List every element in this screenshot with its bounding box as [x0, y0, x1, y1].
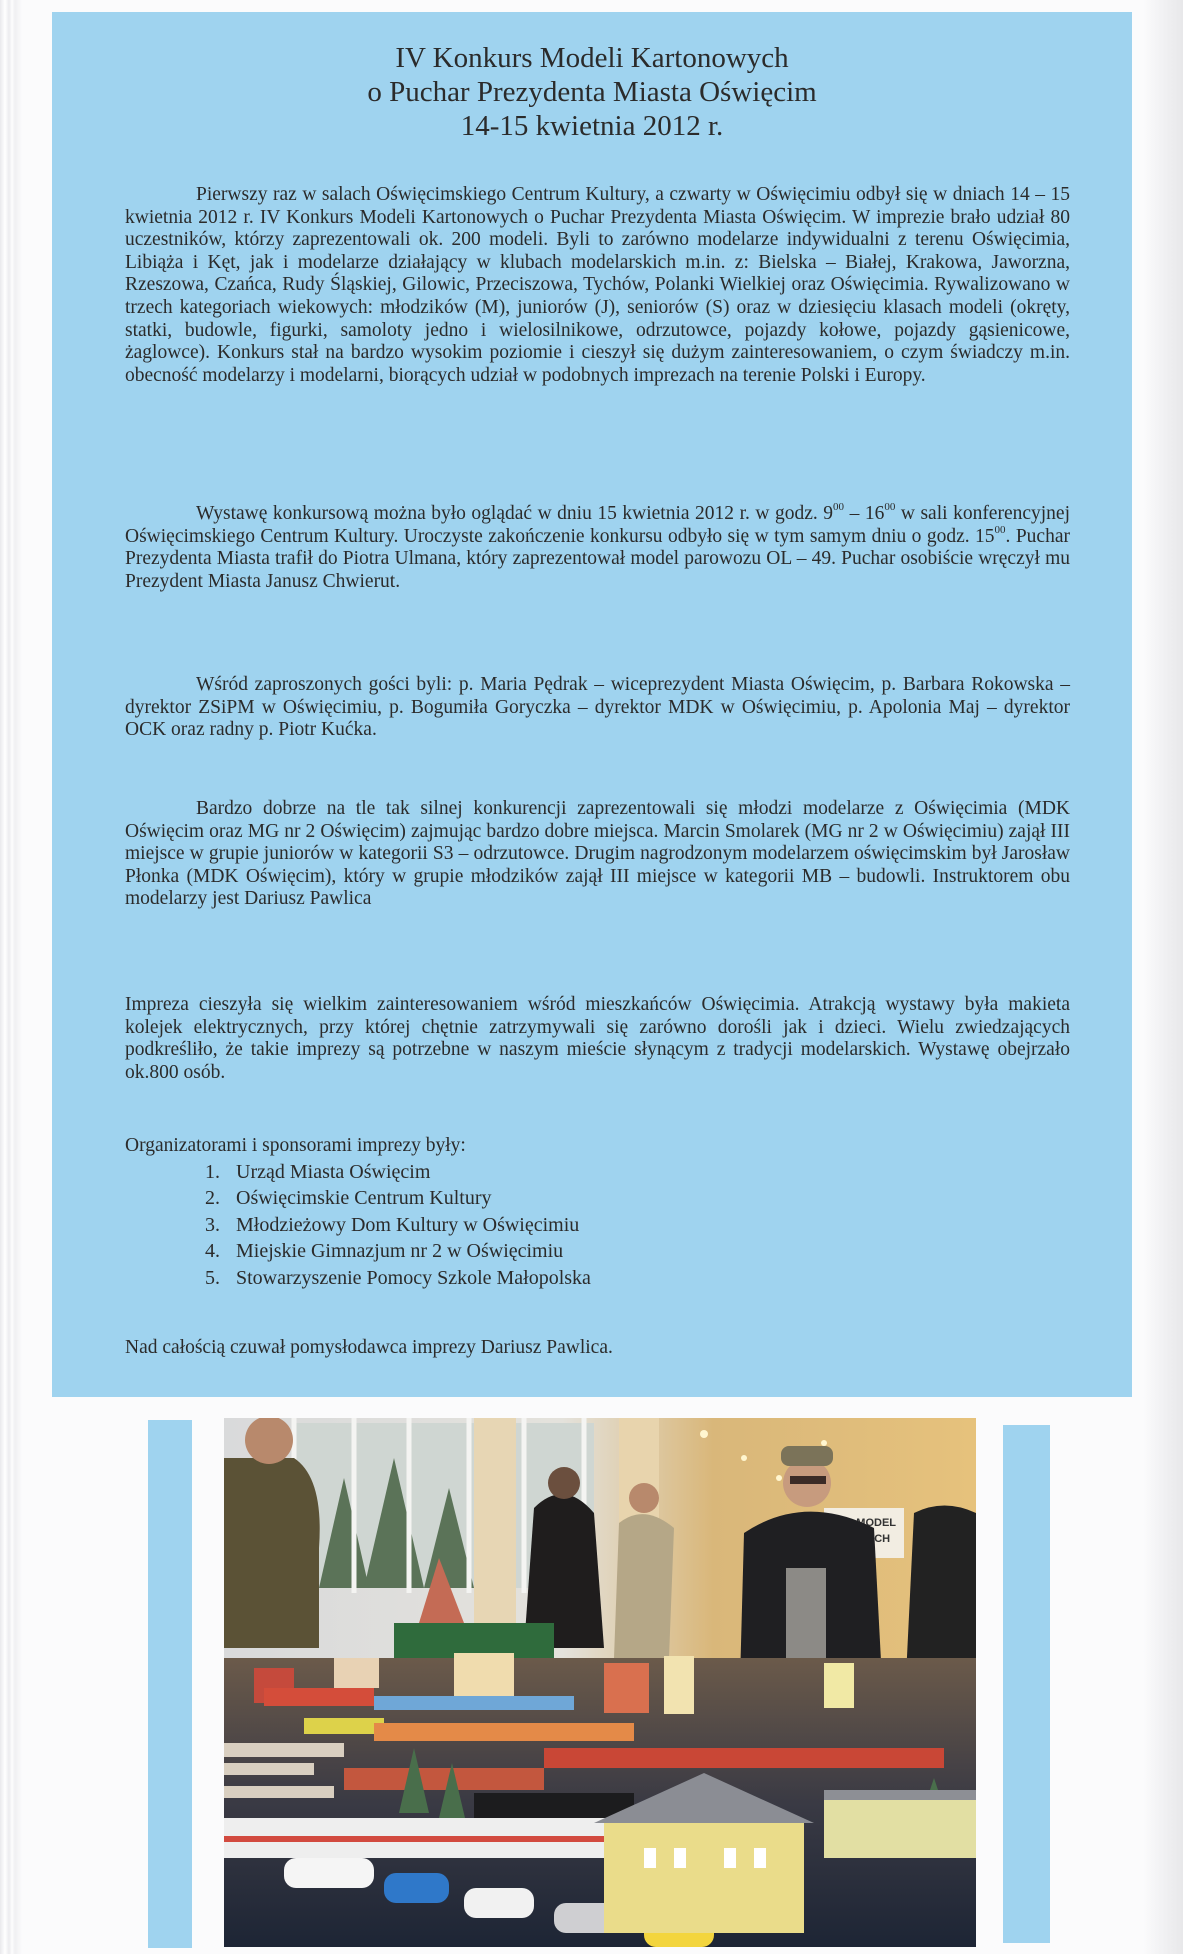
page-edge-right — [1143, 0, 1183, 1954]
organizers-section: Organizatorami i sponsorami imprezy były… — [125, 1135, 1070, 1291]
closing-note-text: Nad całością czuwał pomysłodawca imprezy… — [125, 1337, 1070, 1360]
paragraph-interest: Impreza cieszyła się wielkim zainteresow… — [125, 994, 1070, 1084]
organizers-list: 1.Urząd Miasta Oświęcim 2.Oświęcimskie C… — [125, 1159, 1070, 1292]
paragraph-guests-text: Wśród zaproszonych gości byli: p. Maria … — [125, 674, 1070, 742]
exhibition-photo: URS MODEL NOWYCH — [224, 1418, 976, 1947]
paragraph-young-modelers-text: Bardzo dobrze na tle tak silnej konkuren… — [125, 798, 1070, 911]
organizer-item: 2.Oświęcimskie Centrum Kultury — [205, 1185, 1070, 1212]
exhibition-text-a: Wystawę konkursową można było oglądać w … — [196, 503, 833, 524]
organizer-item: 4.Miejskie Gimnazjum nr 2 w Oświęcimiu — [205, 1238, 1070, 1265]
organizer-item: 1.Urząd Miasta Oświęcim — [205, 1159, 1070, 1186]
model-railway-photo-illustration: URS MODEL NOWYCH — [224, 1418, 976, 1947]
decorative-strip-left — [148, 1420, 192, 1948]
paragraph-exhibition: Wystawę konkursową można było oglądać w … — [125, 503, 1070, 593]
article-panel: IV Konkurs Modeli Kartonowych o Puchar P… — [52, 12, 1132, 1397]
paragraph-interest-text: Impreza cieszyła się wielkim zainteresow… — [125, 994, 1070, 1084]
article-title: IV Konkurs Modeli Kartonowych o Puchar P… — [52, 41, 1132, 143]
page-edge-left — [0, 0, 30, 1954]
hour-superscript: 00 — [884, 501, 895, 513]
paragraph-young-modelers: Bardzo dobrze na tle tak silnej konkuren… — [125, 798, 1070, 911]
hour-superscript: 00 — [833, 501, 844, 513]
organizer-item: 3.Młodzieżowy Dom Kultury w Oświęcimiu — [205, 1212, 1070, 1239]
paragraph-intro: Pierwszy raz w salach Oświęcimskiego Cen… — [125, 184, 1070, 387]
exhibition-text-b: – 16 — [844, 503, 884, 524]
title-line-3: 14-15 kwietnia 2012 r. — [52, 109, 1132, 143]
title-line-1: IV Konkurs Modeli Kartonowych — [52, 41, 1132, 75]
hour-superscript: 00 — [995, 524, 1006, 536]
paragraph-guests: Wśród zaproszonych gości byli: p. Maria … — [125, 674, 1070, 742]
paragraph-intro-text: Pierwszy raz w salach Oświęcimskiego Cen… — [125, 184, 1070, 387]
organizers-heading: Organizatorami i sponsorami imprezy były… — [125, 1135, 1070, 1158]
closing-note: Nad całością czuwał pomysłodawca imprezy… — [125, 1337, 1070, 1360]
organizer-item: 5.Stowarzyszenie Pomocy Szkole Małopolsk… — [205, 1265, 1070, 1292]
title-line-2: o Puchar Prezydenta Miasta Oświęcim — [52, 75, 1132, 109]
decorative-strip-right — [1003, 1425, 1050, 1943]
